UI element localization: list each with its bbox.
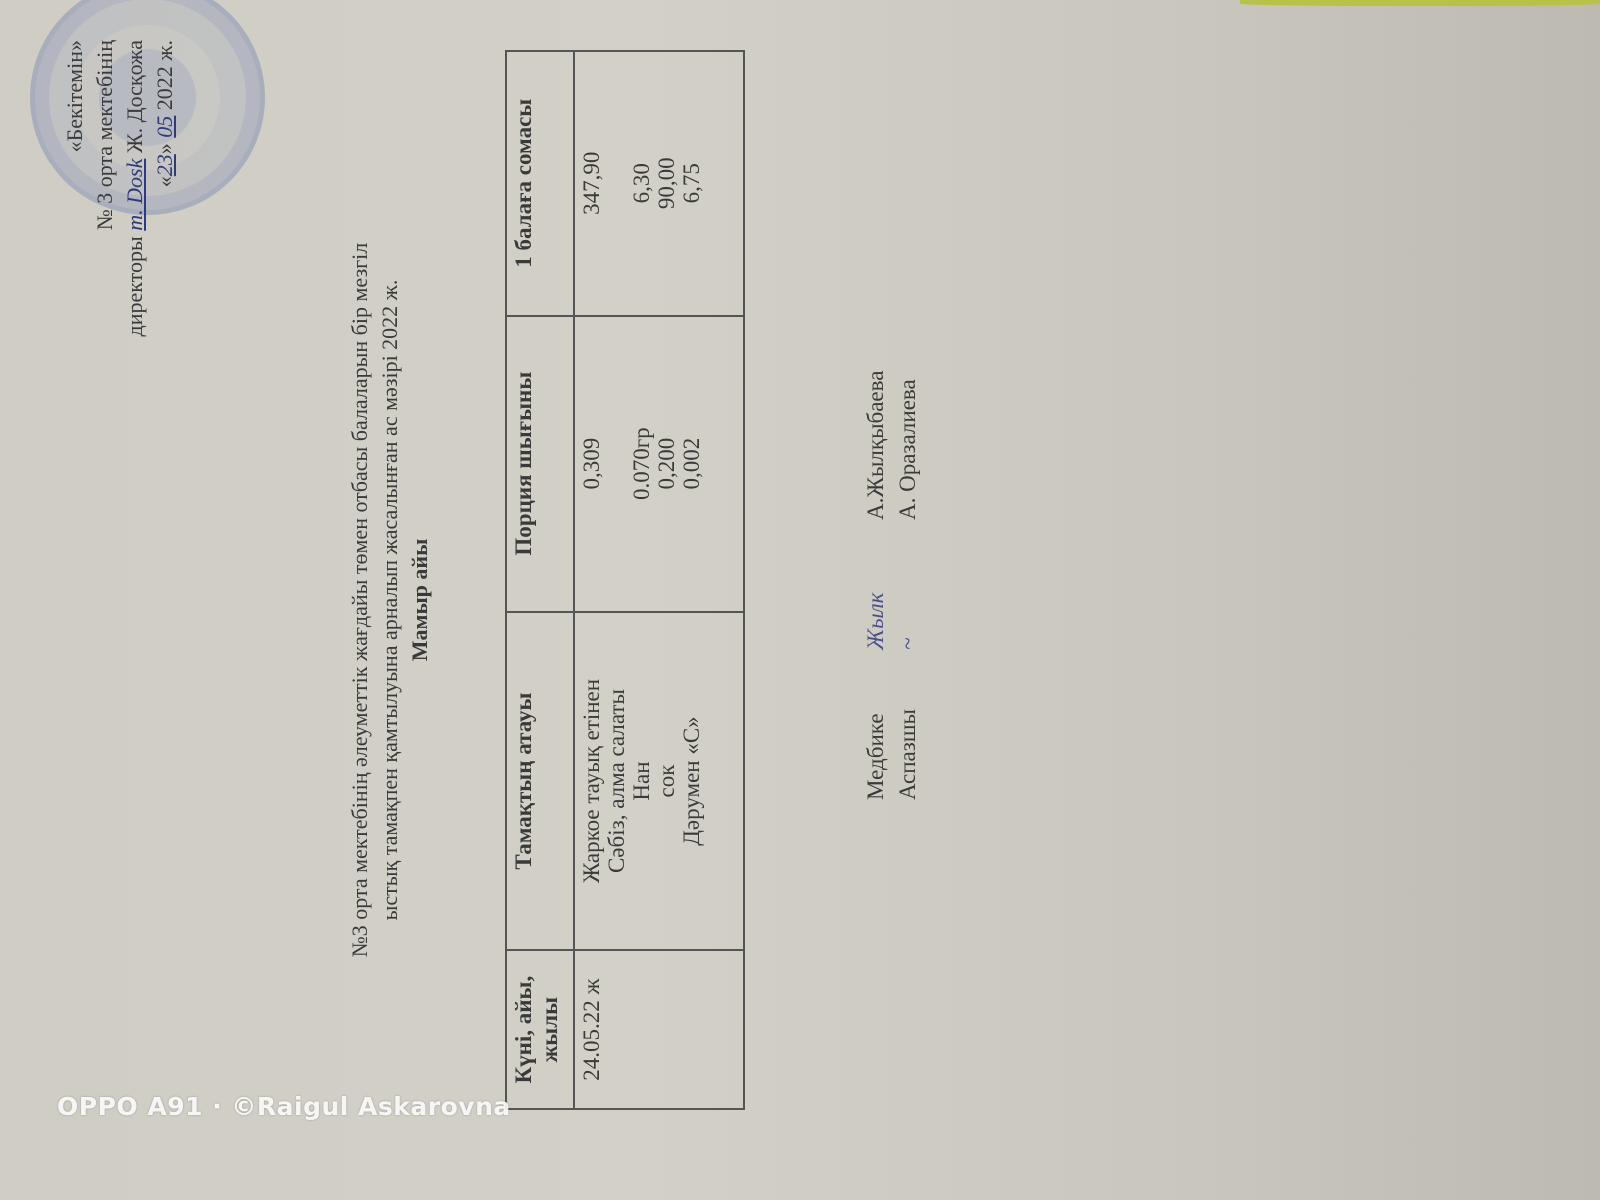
camera-watermark: OPPO A91 · ©Raigul Askarovna	[57, 1092, 511, 1121]
date-cell: 24.05.22 ж	[574, 950, 744, 1109]
approval-block: «Бекітемін» № 3 орта мектебінің директор…	[60, 40, 180, 400]
col-date-header: Күні, айы, жылы	[506, 950, 574, 1109]
table-header-row: Күні, айы, жылы Тамақтың атауы Порция шы…	[506, 51, 574, 1109]
director-name: Ж. Досқожа	[122, 40, 147, 153]
approval-year: 2022 ж.	[152, 40, 177, 110]
approval-school: № 3 орта мектебінің	[90, 40, 120, 400]
col-cost-header: 1 балаға сомасы	[506, 51, 574, 316]
nurse-signature: Жылк	[860, 520, 892, 650]
approval-date: «23» 05 2022 ж.	[150, 40, 180, 400]
signature-nurse: Медбике Жылк А.Жылқыбаева	[860, 300, 892, 800]
portion-cell: 0,309 0.070гр 0,200 0,002	[574, 316, 744, 612]
document-sheet: «Бекітемін» № 3 орта мектебінің директор…	[0, 0, 1600, 1200]
month-heading: Мамыр айы	[405, 60, 435, 1140]
approval-month: 05	[152, 116, 177, 138]
dish-cell: Жаркое тауық етінен Сәбіз, алма салаты Н…	[574, 612, 744, 951]
approval-heading: «Бекітемін»	[60, 40, 90, 400]
signature-cook: Аспазшы ~ А. Оразалиева	[892, 300, 924, 800]
table-row: 24.05.22 ж Жаркое тауық етінен Сәбіз, ал…	[574, 51, 744, 1109]
approval-day: 23	[152, 154, 177, 176]
col-portion-header: Порция шығыны	[506, 316, 574, 612]
col-dish-header: Тамақтың атауы	[506, 612, 574, 951]
cook-signature: ~	[892, 520, 924, 650]
approval-director: директоры m. Dosk Ж. Досқожа	[120, 40, 150, 400]
menu-table: Күні, айы, жылы Тамақтың атауы Порция шы…	[505, 50, 745, 1110]
document-title: №3 орта мектебінің әлеуметтік жағдайы тө…	[345, 60, 435, 1140]
cost-cell: 347,90 6,30 90,00 6,75	[574, 51, 744, 316]
signatures-block: Медбике Жылк А.Жылқыбаева Аспазшы ~ А. О…	[860, 300, 924, 800]
director-signature: m. Dosk	[122, 159, 147, 231]
